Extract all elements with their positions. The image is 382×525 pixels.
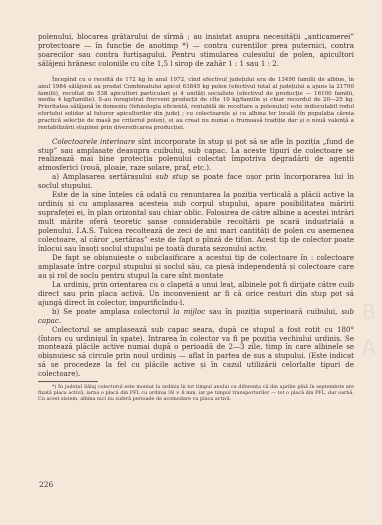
watermark-letter-a: A [362,335,376,359]
page-number: 226 [39,480,53,489]
footnote: *) În județul Sălaj colectorul este mont… [38,385,354,403]
paragraph-subclassification: De fapt se obișnuiește o subclasificare … [38,254,354,281]
footnote-divider [38,381,98,382]
footnote-text: *) În județul Sălaj colectorul este mont… [38,385,354,403]
statistics-block: Începînd cu o recoltă de 172 kg în anul … [38,77,354,132]
paragraph-horizontal-plate: Este de la sine înțeles că odată cu renu… [38,191,354,254]
book-page: polenului, blocarea grătarului de sîrmă … [38,33,354,403]
paragraph-under-lid: Colectorul se amplasează sub capac seara… [38,326,354,380]
paragraph-middle-position: b) Se poate amplasa colectorul la mijloc… [38,308,354,326]
paragraph-salaj-statistics: Începînd cu o recoltă de 172 kg în anul … [38,77,354,132]
paragraph-interior-collectors: Colectoarele interioare sînt incorporate… [38,138,354,174]
paragraph-continued: polenului, blocarea grătarului de sîrmă … [38,33,354,69]
paragraph-entrance: La urdiniș, prin orientarea cu o clapetă… [38,281,354,308]
term-interior-collectors: Colectoarele interioare [52,137,135,146]
watermark-letter-b: B [362,300,376,324]
paragraph-under-hive: a) Amplasarea sertărașului sub stup se p… [38,173,354,191]
